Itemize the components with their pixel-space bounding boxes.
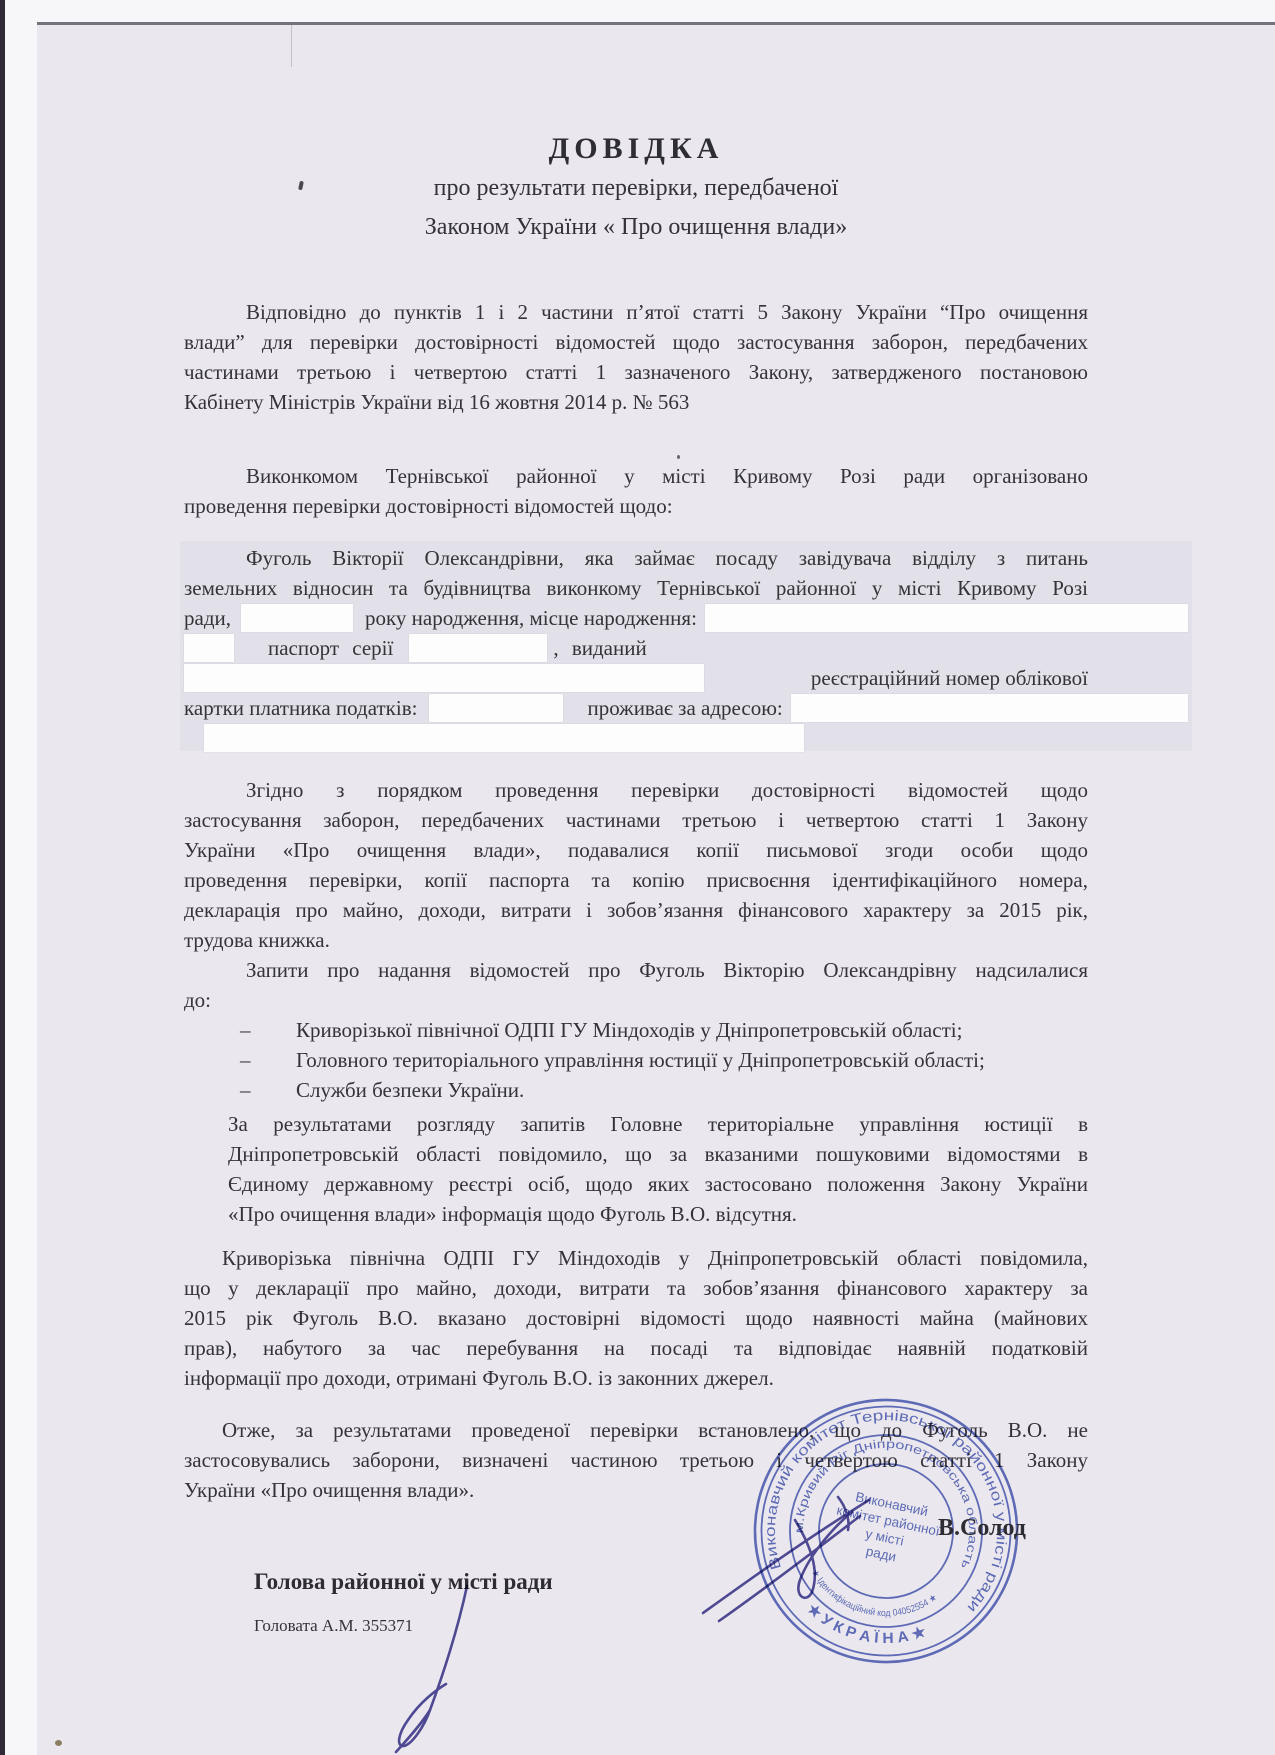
document-subtitle-line1: про результати перевірки, передбаченої — [184, 169, 1088, 208]
text-line: Запити про надання відомостей про Фуголь… — [184, 955, 1088, 985]
text-line: Виконкомом Тернівської районної у місті … — [184, 461, 1088, 491]
scanned-document: ДОВІДКА про результати перевірки, передб… — [0, 0, 1275, 1755]
text-line: до: — [184, 985, 1088, 1015]
text-line: Кабінету Міністрів України від 16 жовтня… — [184, 387, 1088, 417]
paragraph-legal-basis: Відповідно до пунктів 1 і 2 частини п’ят… — [184, 297, 1088, 417]
paragraph-justice-dept-result: За результатами розгляду запитів Головне… — [184, 1109, 1088, 1229]
recipients-list: –Криворізької північної ОДПІ ГУ Міндоход… — [184, 1015, 1088, 1105]
text-line: проведення перевірки, копії паспорта та … — [184, 865, 1088, 895]
redaction-box-birth-year — [241, 604, 353, 632]
paragraph-submitted-documents: Згідно з порядком проведення перевірки д… — [184, 775, 1088, 955]
text-line: Фуголь Вікторії Олександрівни, яка займа… — [184, 543, 1088, 573]
text-line-redacted: ради, року народження, місце народження: — [184, 603, 1088, 633]
text-fragment: реєстраційний номер облікової — [811, 663, 1088, 693]
list-item-text: Служби безпеки України. — [296, 1078, 524, 1102]
list-dash: – — [240, 1045, 296, 1075]
text-line: За результатами розгляду запитів Головне… — [228, 1109, 1088, 1139]
text-line: земельних відносин та будівництва виконк… — [184, 573, 1088, 603]
text-line: застосування заборон, передбачених части… — [184, 805, 1088, 835]
redaction-box-address — [791, 694, 1188, 722]
text-line-redacted: реєстраційний номер облікової — [184, 663, 1088, 693]
text-line: Криворізька північна ОДПІ ГУ Міндоходів … — [184, 1243, 1088, 1273]
text-line-redacted: паспорт серії , виданий — [184, 633, 1088, 663]
list-item: –Криворізької північної ОДПІ ГУ Міндоход… — [184, 1015, 1088, 1045]
text-fragment: картки платника податків: — [184, 693, 417, 723]
text-line: прав), набутого за час перебування на по… — [184, 1333, 1088, 1363]
paragraph-organizer: Виконкомом Тернівської районної у місті … — [184, 461, 1088, 521]
text-line: трудова книжка. — [184, 925, 1088, 955]
document-subtitle-line2: Законом України « Про очищення влади» — [184, 208, 1088, 247]
list-dash: – — [240, 1075, 296, 1105]
text-line: «Про очищення влади» інформація щодо Фуг… — [228, 1199, 1088, 1229]
text-line-redacted — [184, 723, 1088, 753]
document-title: ДОВІДКА — [184, 129, 1088, 169]
text-line: що у декларації про майно, доходи, витра… — [184, 1273, 1088, 1303]
list-item: –Служби безпеки України. — [184, 1075, 1088, 1105]
text-line: частинами третьою і четвертою статті 1 з… — [184, 357, 1088, 387]
list-item-text: Криворізької північної ОДПІ ГУ Міндоході… — [296, 1018, 962, 1042]
document-body: ДОВІДКА про результати перевірки, передб… — [37, 25, 1275, 1637]
text-line-redacted: картки платника податків: проживає за ад… — [184, 693, 1088, 723]
text-line: декларація про майно, доходи, витрати і … — [184, 895, 1088, 925]
text-line: Відповідно до пунктів 1 і 2 частини п’ят… — [184, 297, 1088, 327]
paragraph-requests-sent: Запити про надання відомостей про Фуголь… — [184, 955, 1088, 1015]
redaction-box-tax-number — [429, 694, 563, 722]
text-fragment: ради, — [184, 603, 231, 633]
paper-speck — [55, 1740, 62, 1746]
paragraph-tax-office-result: Криворізька північна ОДПІ ГУ Міндоходів … — [184, 1243, 1088, 1393]
text-line: проведення перевірки достовірності відом… — [184, 491, 1088, 521]
redaction-box-birth-place — [705, 604, 1188, 632]
list-item: –Головного територіального управління юс… — [184, 1045, 1088, 1075]
list-dash: – — [240, 1015, 296, 1045]
list-item-text: Головного територіального управління юст… — [296, 1048, 985, 1072]
text-fragment: проживає за адресою: — [587, 693, 782, 723]
redaction-box-address-2 — [204, 724, 804, 752]
redaction-box — [184, 634, 234, 662]
text-line: влади” для перевірки достовірності відом… — [184, 327, 1088, 357]
document-page: ДОВІДКА про результати перевірки, передб… — [37, 22, 1275, 1755]
redaction-box-passport-series — [409, 634, 547, 662]
paragraph-personal-data: Фуголь Вікторії Олександрівни, яка займа… — [184, 543, 1088, 753]
signatory-name: В.Солод — [938, 1515, 1026, 1542]
scan-edge-shadow — [0, 0, 5, 1755]
redaction-box-passport-issuer — [184, 664, 704, 692]
text-line: Єдиному державному реєстрі осіб, щодо як… — [228, 1169, 1088, 1199]
text-line: Згідно з порядком проведення перевірки д… — [184, 775, 1088, 805]
text-fragment: , виданий — [553, 633, 646, 663]
text-line: 2015 рік Фуголь В.О. вказано достовірні … — [184, 1303, 1088, 1333]
text-line: Дніпропетровській області повідомило, що… — [228, 1139, 1088, 1169]
text-fragment: року народження, місце народження: — [365, 603, 697, 633]
text-fragment: паспорт серії — [268, 633, 393, 663]
text-line: України «Про очищення влади», подавалися… — [184, 835, 1088, 865]
